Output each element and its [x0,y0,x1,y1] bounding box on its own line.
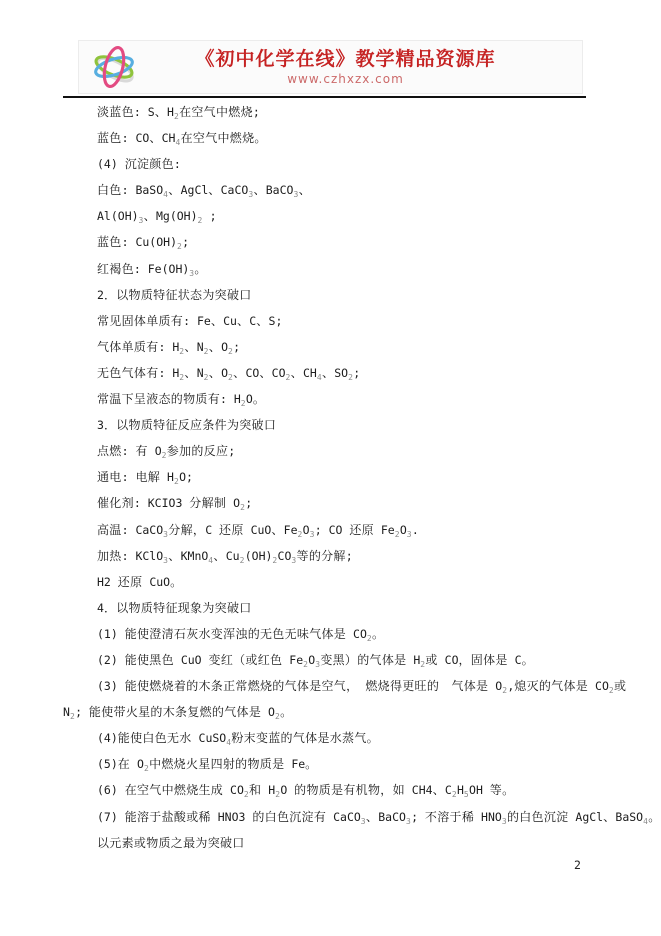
logo [79,40,149,94]
text-line: 4．以物质特征现象为突破口 [97,595,653,621]
site-url: www.czhxzx.com [149,71,542,87]
document-body: 淡蓝色: S、H2在空气中燃烧;蓝色: CO、CH4在空气中燃烧。(4) 沉淀颜… [63,99,653,856]
text-line: 蓝色: Cu(OH)2; [97,229,653,255]
page-number: 2 [574,858,581,872]
text-line: 常温下呈液态的物质有: H2O。 [97,386,653,412]
text-line: 白色: BaSO4、AgCl、CaCO3、BaCO3、 [97,177,653,203]
text-line: 常见固体单质有: Fe、Cu、C、S; [97,308,653,334]
atom-swirl-icon [88,41,140,93]
text-line: (2) 能使黑色 CuO 变红（或红色 Fe2O3变黑）的气体是 H2或 CO，… [97,647,653,673]
text-line: 气体单质有: H2、N2、O2; [97,334,653,360]
text-line: Al(OH)3、Mg(OH)2 ; [97,203,653,229]
text-line: 高温: CaCO3分解，C 还原 CuO、Fe2O3; CO 还原 Fe2O3. [97,517,653,543]
header-text: 《初中化学在线》教学精品资源库 www.czhxzx.com [149,47,582,87]
text-line: H2 还原 CuO。 [97,569,653,595]
text-line: (4)能使白色无水 CuSO4粉末变蓝的气体是水蒸气。 [97,725,653,751]
text-line: 蓝色: CO、CH4在空气中燃烧。 [97,125,653,151]
text-line: 3．以物质特征反应条件为突破口 [97,412,653,438]
text-line: (4) 沉淀颜色: [97,151,653,177]
text-line: 无色气体有: H2、N2、O2、CO、CO2、CH4、SO2; [97,360,653,386]
site-title: 《初中化学在线》教学精品资源库 [149,47,542,71]
text-line: 2．以物质特征状态为突破口 [97,282,653,308]
text-line: (5)在 O2中燃烧火星四射的物质是 Fe。 [97,751,653,777]
text-line: 通电: 电解 H2O; [97,464,653,490]
text-line: (1) 能使澄清石灰水变浑浊的无色无味气体是 CO2。 [97,621,653,647]
text-line: 加热: KClO3、KMnO4、Cu2(OH)2CO3等的分解; [97,543,653,569]
text-line: 催化剂: KCIO3 分解制 O2; [97,490,653,516]
header-divider [63,96,586,98]
text-line: 淡蓝色: S、H2在空气中燃烧; [97,99,653,125]
text-line: (6) 在空气中燃烧生成 CO2和 H2O 的物质是有机物，如 CH4、C2H5… [97,777,653,803]
header-banner: 《初中化学在线》教学精品资源库 www.czhxzx.com [78,40,583,94]
text-line: (7) 能溶于盐酸或稀 HNO3 的白色沉淀有 CaCO3、BaCO3; 不溶于… [97,804,653,830]
document-page: 《初中化学在线》教学精品资源库 www.czhxzx.com 淡蓝色: S、H2… [0,0,661,936]
text-line: N2; 能使带火星的木条复燃的气体是 O2。 [63,699,653,725]
text-line: 红褐色: Fe(OH)3。 [97,256,653,282]
text-line: (3) 能使燃烧着的木条正常燃烧的气体是空气， 燃烧得更旺的 气体是 O2,熄灭… [97,673,653,699]
text-line: 点燃: 有 O2参加的反应; [97,438,653,464]
text-line: 以元素或物质之最为突破口 [97,830,653,856]
